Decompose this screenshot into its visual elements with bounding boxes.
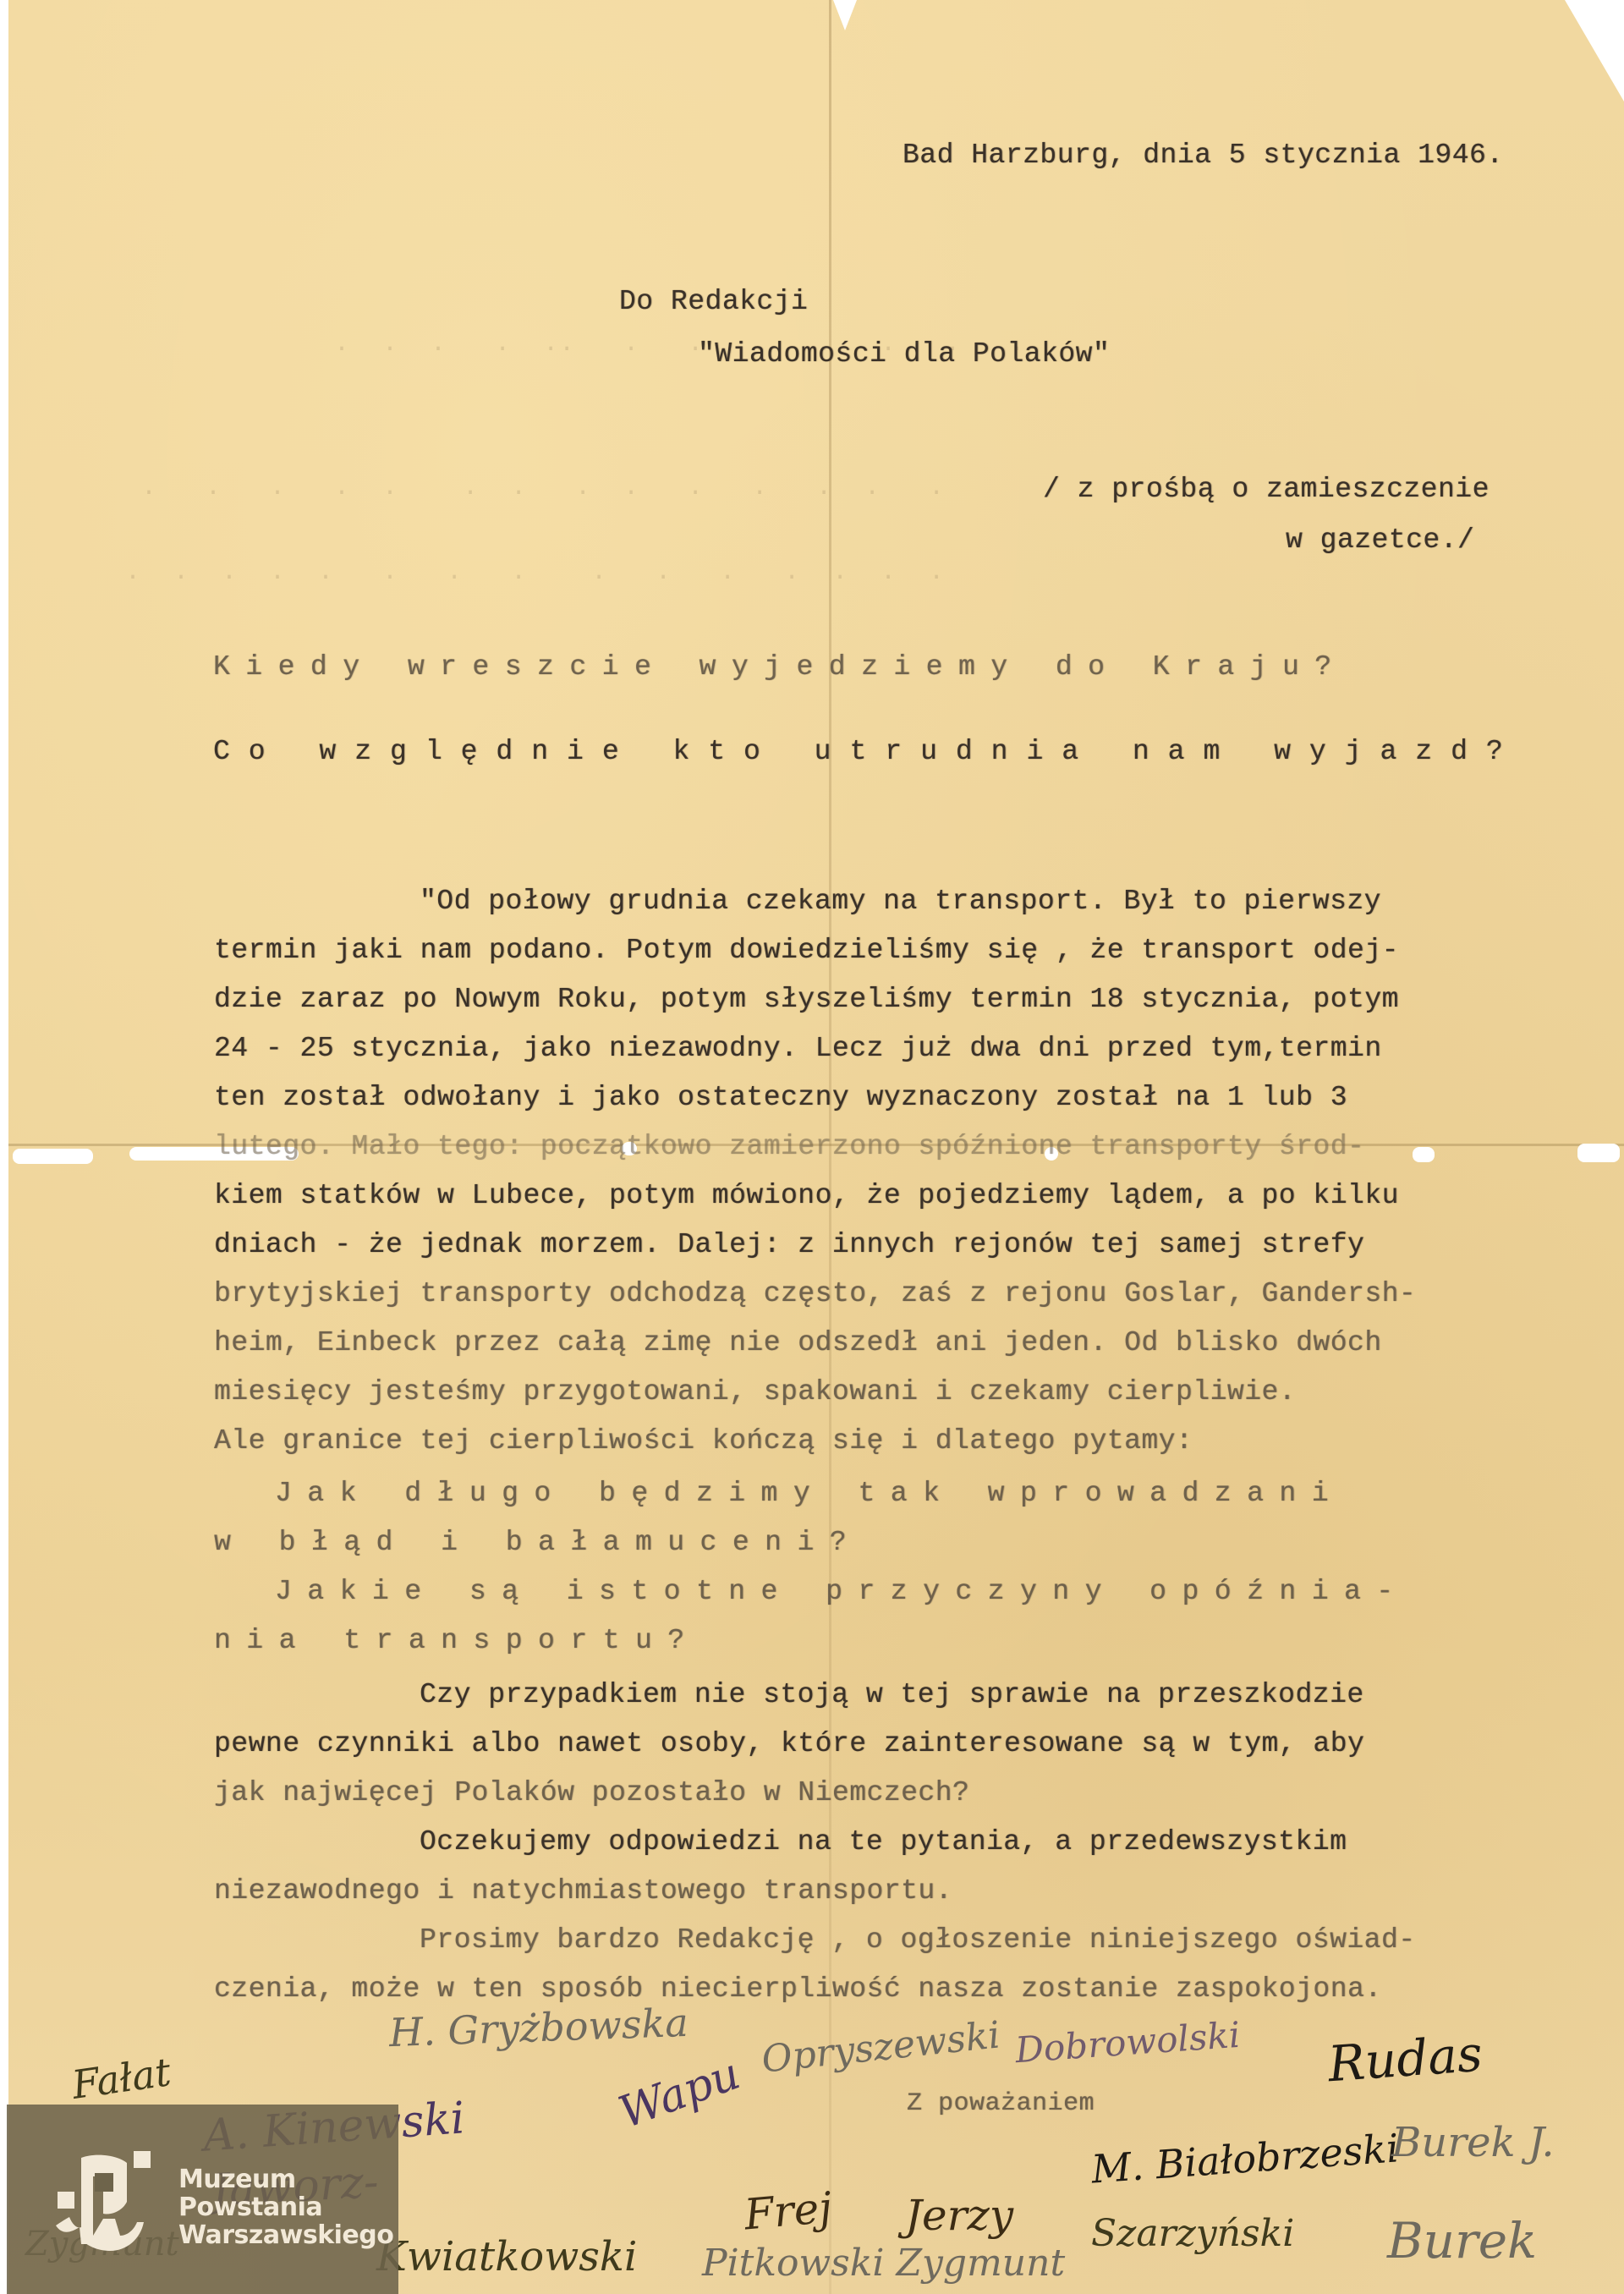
body-line: kiem statków w Lubece, potym mówiono, że… [214, 1180, 1399, 1211]
body-line: heim, Einbeck przez całą zimę nie odszed… [214, 1327, 1382, 1358]
signature: M. Białobrzeski [1090, 2125, 1401, 2192]
closing-line: Czy przypadkiem nie stoją w tej sprawie … [420, 1679, 1364, 1710]
question-1-line-2: w błąd i bałamuceni? [214, 1527, 862, 1558]
show-through-text: . . . . . . . . . . . . . . . [93, 558, 945, 587]
closing-line: Prosimy bardzo Redakcję , o ogłoszenie n… [420, 1924, 1416, 1956]
museum-name: Muzeum Powstania Warszawskiego [178, 2165, 393, 2249]
signature: Pitkowski Zygmunt [702, 2242, 1065, 2285]
salutation: Z poważaniem [907, 2089, 1095, 2118]
question-2-line-2: nia transportu? [214, 1625, 700, 1656]
signature: Burek J. [1391, 2119, 1555, 2166]
body-line: termin jaki nam podano. Potym dowiedziel… [214, 935, 1399, 966]
museum-name-line-2: Powstania [178, 2193, 393, 2221]
signature: Szarzyński [1091, 2212, 1294, 2255]
museum-watermark: Muzeum Powstania Warszawskiego [7, 2105, 398, 2294]
body-line: 24 - 25 stycznia, jako niezawodny. Lecz … [214, 1033, 1382, 1064]
show-through-text: . . . . . . . . . . . . . . [93, 474, 945, 502]
closing-line: Oczekujemy odpowiedzi na te pytania, a p… [420, 1826, 1347, 1858]
paper-corner-cut [1565, 0, 1624, 102]
place-date: Bad Harzburg, dnia 5 stycznia 1946. [903, 140, 1504, 171]
body-line-damaged: lutego. Mało tego: początkowo zamierzono… [214, 1131, 1364, 1162]
closing-line: niezawodnego i natychmiastowego transpor… [214, 1875, 952, 1907]
body-line: dniach - że jednak morzem. Dalej: z inny… [214, 1229, 1364, 1260]
request-note-line-2: w gazetce./ [1286, 524, 1474, 556]
question-2-line-1: Jakie są istotne przyczyny opóźnia- [275, 1576, 1409, 1607]
body-line: ten został odwołany i jako ostateczny wy… [214, 1082, 1347, 1113]
museum-name-line-1: Muzeum [178, 2165, 393, 2193]
request-note-line-1: / z prośbą o zamieszczenie [1043, 474, 1490, 505]
signature: Rudas [1326, 2025, 1484, 2094]
signature: H. Gryżbowska [388, 2000, 689, 2055]
body-line: Ale granice tej cierpliwości kończą się … [214, 1425, 1193, 1457]
closing-line: jak najwięcej Polaków pozostało w Niemcz… [214, 1777, 969, 1808]
addressee-line-2: "Wiadomości dla Polaków" [698, 338, 1110, 370]
body-line: brytyjskiej transporty odchodzą często, … [214, 1278, 1416, 1309]
addressee-line-1: Do Redakcji [619, 286, 808, 317]
signature: Burek [1387, 2212, 1537, 2269]
headline-question-2: Co względnie kto utrudnia nam wyjazd? [213, 736, 1522, 767]
letter-paper: . . . . .. . . . . . . . . . . . . . . .… [0, 0, 1624, 2294]
signature: Wapu [612, 2049, 746, 2139]
signature: Jerzy [905, 2191, 1013, 2240]
closing-line: czenia, może w ten sposób niecierpliwość… [214, 1973, 1382, 2005]
signature: Frej [743, 2183, 834, 2240]
signature: Kwiatkowski [376, 2233, 637, 2280]
signature: Dobrowolski [1014, 2014, 1242, 2071]
signature: Opryszewski [760, 2013, 1002, 2081]
headline-question-1: Kiedy wreszcie wyjedziemy do Kraju? [213, 651, 1347, 683]
paper-notch [833, 0, 857, 30]
body-line: dzie zaraz po Nowym Roku, potym słyszeli… [214, 984, 1399, 1015]
anchor-kotwica-icon [56, 2151, 157, 2253]
scan-edge [0, 0, 8, 2294]
body-line: "Od połowy grudnia czekamy na transport.… [420, 886, 1381, 917]
museum-name-line-3: Warszawskiego [178, 2221, 393, 2249]
signature: Fałat [69, 2049, 173, 2108]
closing-line: pewne czynniki albo nawet osoby, które z… [214, 1728, 1364, 1759]
body-line: miesięcy jesteśmy przygotowani, spakowan… [214, 1376, 1296, 1408]
question-1-line-1: Jak długo będzimy tak wprowadzani [275, 1478, 1344, 1509]
